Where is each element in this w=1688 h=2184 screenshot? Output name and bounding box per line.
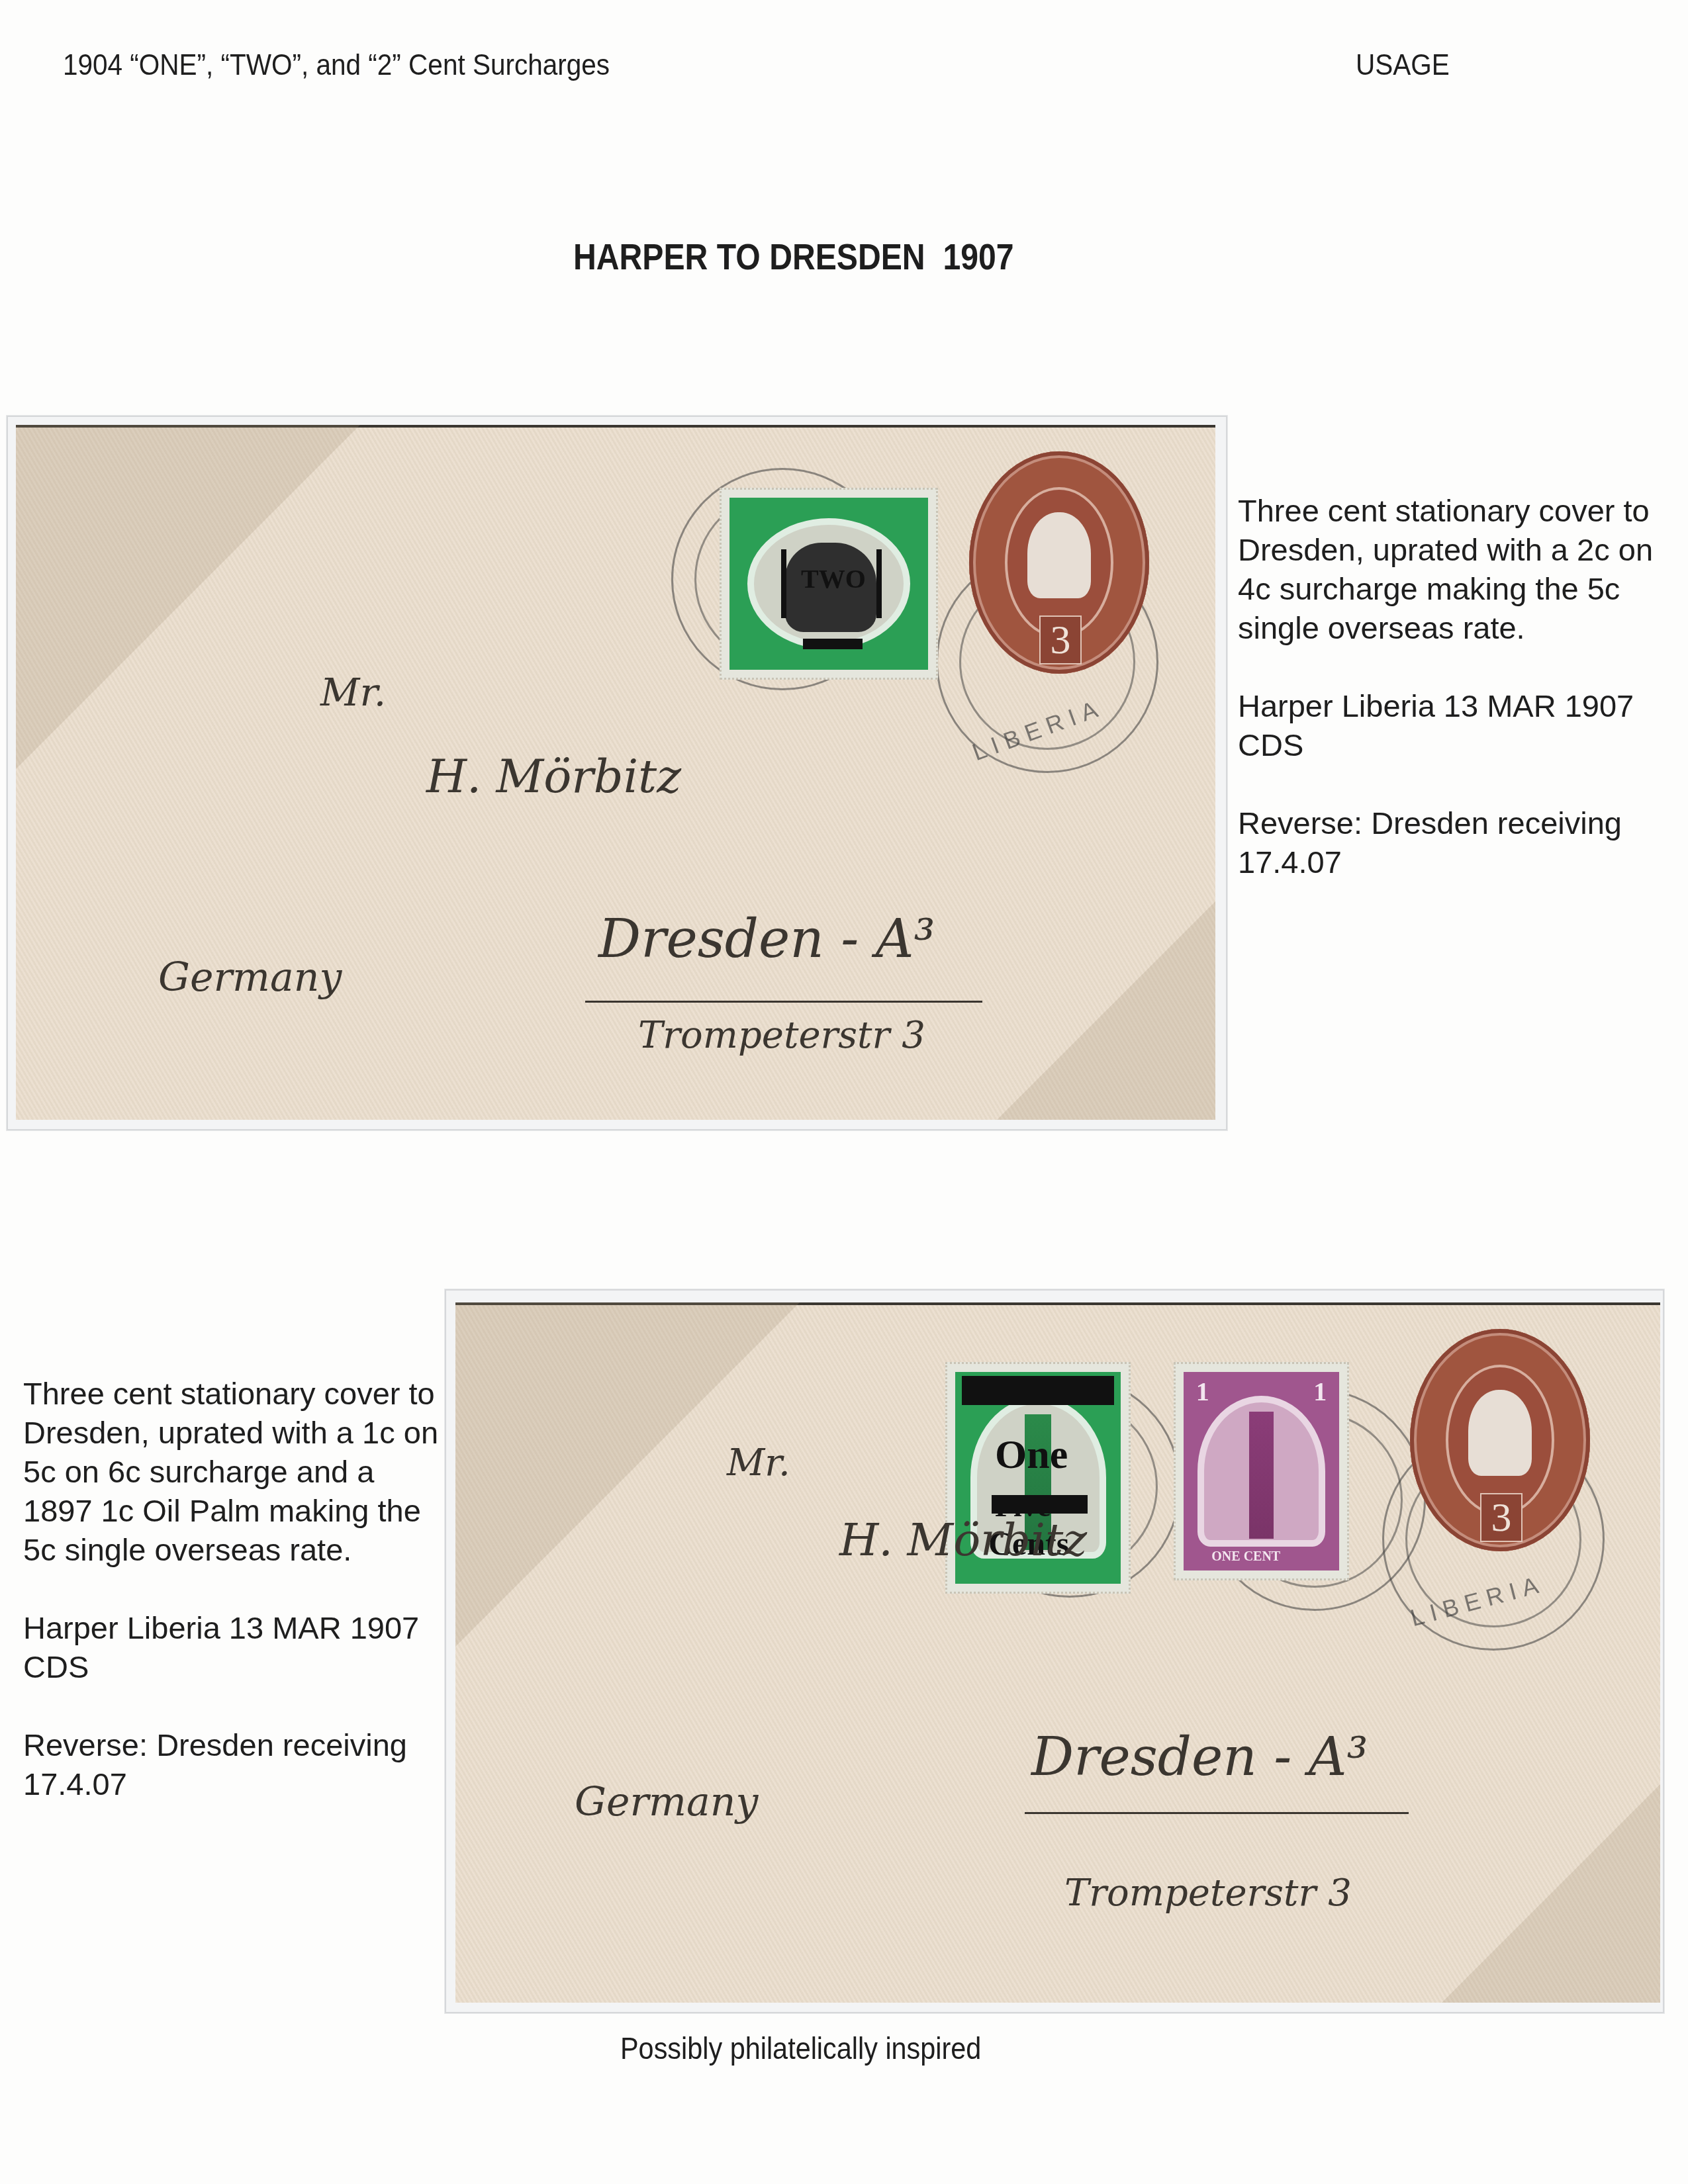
portrait-embossed [1468, 1390, 1532, 1476]
cover-1-envelope: LIBERIA TWO 3 Mr. H. Mörbitz Dresden - A… [16, 425, 1215, 1120]
description-text: Three cent stationary cover to Dresden, … [1238, 491, 1675, 647]
address-street: Trompeterstr 3 [1064, 1872, 1352, 1915]
address-name: H. Mörbitz [839, 1514, 1087, 1567]
address-underline [1025, 1812, 1409, 1814]
page-title: HARPER TO DRESDEN 1907 [573, 235, 1014, 278]
cover-1-description: Three cent stationary cover to Dresden, … [1238, 491, 1675, 882]
value-label: ONE CENT [1211, 1549, 1280, 1565]
address-underline [585, 1001, 982, 1003]
oil-palm-vignette [1249, 1412, 1274, 1539]
cover-2-envelope: LIBERIA One Five Cents 1 1 ONE CENT 3 Mr… [455, 1302, 1660, 2003]
stationery-indicium: 3 [969, 451, 1149, 674]
stamp-oil-palm-one-cent: 1 1 ONE CENT [1174, 1362, 1349, 1580]
reverse-note: Reverse: Dresden receiving 17.4.07 [23, 1725, 447, 1803]
section-title: 1904 “ONE”, “TWO”, and “2” Cent Surcharg… [63, 48, 610, 82]
reverse-note: Reverse: Dresden receiving 17.4.07 [1238, 803, 1675, 882]
postmark-note: Harper Liberia 13 MAR 1907 CDS [1238, 686, 1675, 764]
portrait-embossed [1027, 512, 1091, 598]
photo-corner-bottom-right [1442, 1784, 1660, 2003]
corner-value: 1 [1196, 1376, 1209, 1407]
indicium-value: 3 [1480, 1493, 1523, 1542]
stationery-indicium: 3 [1410, 1329, 1590, 1551]
address-street: Trompeterstr 3 [638, 1014, 925, 1057]
surcharge-bar [781, 549, 786, 618]
address-city: Dresden - A³ [598, 908, 935, 970]
address-country: Germany [575, 1779, 758, 1825]
indicium-value: 3 [1039, 615, 1082, 664]
photo-corner-top-left [16, 425, 360, 769]
description-text: Three cent stationary cover to Dresden, … [23, 1374, 447, 1569]
address-salutation: Mr. [727, 1441, 790, 1484]
address-city: Dresden - A³ [1031, 1726, 1368, 1788]
address-name: H. Mörbitz [426, 749, 681, 803]
surcharge-bar [992, 1495, 1088, 1514]
postmark-note: Harper Liberia 13 MAR 1907 CDS [23, 1608, 447, 1686]
surcharge-bar [803, 639, 863, 649]
category-label: USAGE [1356, 48, 1450, 82]
surcharge-text-one: One [995, 1432, 1068, 1479]
photo-corner-bottom-right [997, 901, 1215, 1120]
stamp-two-cent-surcharge: TWO [720, 488, 938, 680]
surcharge-text: TWO [801, 563, 866, 594]
corner-value: 1 [1313, 1376, 1327, 1407]
address-salutation: Mr. [320, 670, 386, 715]
cover-2-description: Three cent stationary cover to Dresden, … [23, 1374, 447, 1803]
footnote: Possibly philatelically inspired [620, 2030, 981, 2066]
surcharge-bar [876, 549, 882, 618]
address-country: Germany [158, 954, 342, 1001]
surcharge-bar [962, 1376, 1114, 1405]
